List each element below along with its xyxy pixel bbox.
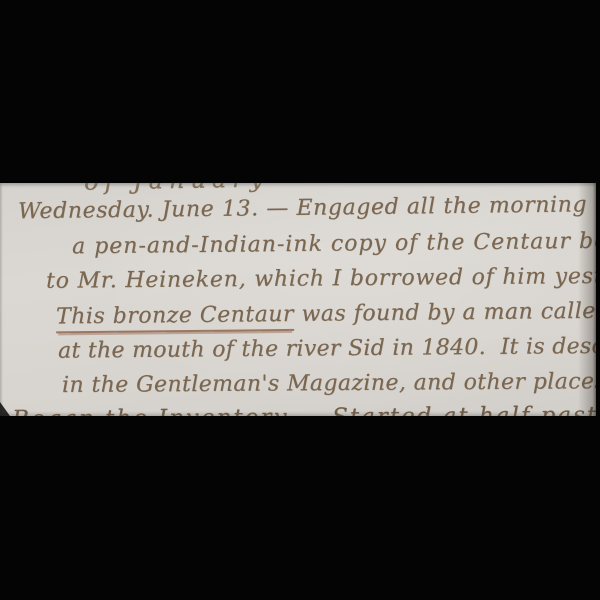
- cropped-line-top: of January: [84, 183, 270, 196]
- handwriting-line-2: a pen-and-Indian-ink copy of the Centaur…: [72, 228, 596, 260]
- cropped-line-bottom: Began the Inventory — Started at half pa…: [12, 401, 596, 416]
- handwriting-line-5: at the mouth of the river Sid in 1840. I…: [58, 333, 596, 363]
- handwriting-line-4-rest: was found by a man called Barnes,: [294, 298, 596, 327]
- page-edge-shadow: [578, 183, 596, 416]
- letterbox-background: of January Wednesday. June 13. — Engaged…: [0, 0, 600, 600]
- handwriting-line-date: Wednesday. June 13. — Engaged all the mo…: [18, 191, 596, 224]
- handwriting-line-4: This bronze Centaur was found by a man c…: [56, 298, 596, 330]
- corner-notch: [0, 402, 10, 416]
- handwriting-line-6: in the Gentleman's Magazine, and other p…: [62, 369, 596, 398]
- manuscript-page: of January Wednesday. June 13. — Engaged…: [0, 183, 596, 416]
- handwriting-line-3: to Mr. Heineken, which I borrowed of him…: [46, 263, 596, 293]
- underlined-phrase: This bronze Centaur: [56, 302, 294, 333]
